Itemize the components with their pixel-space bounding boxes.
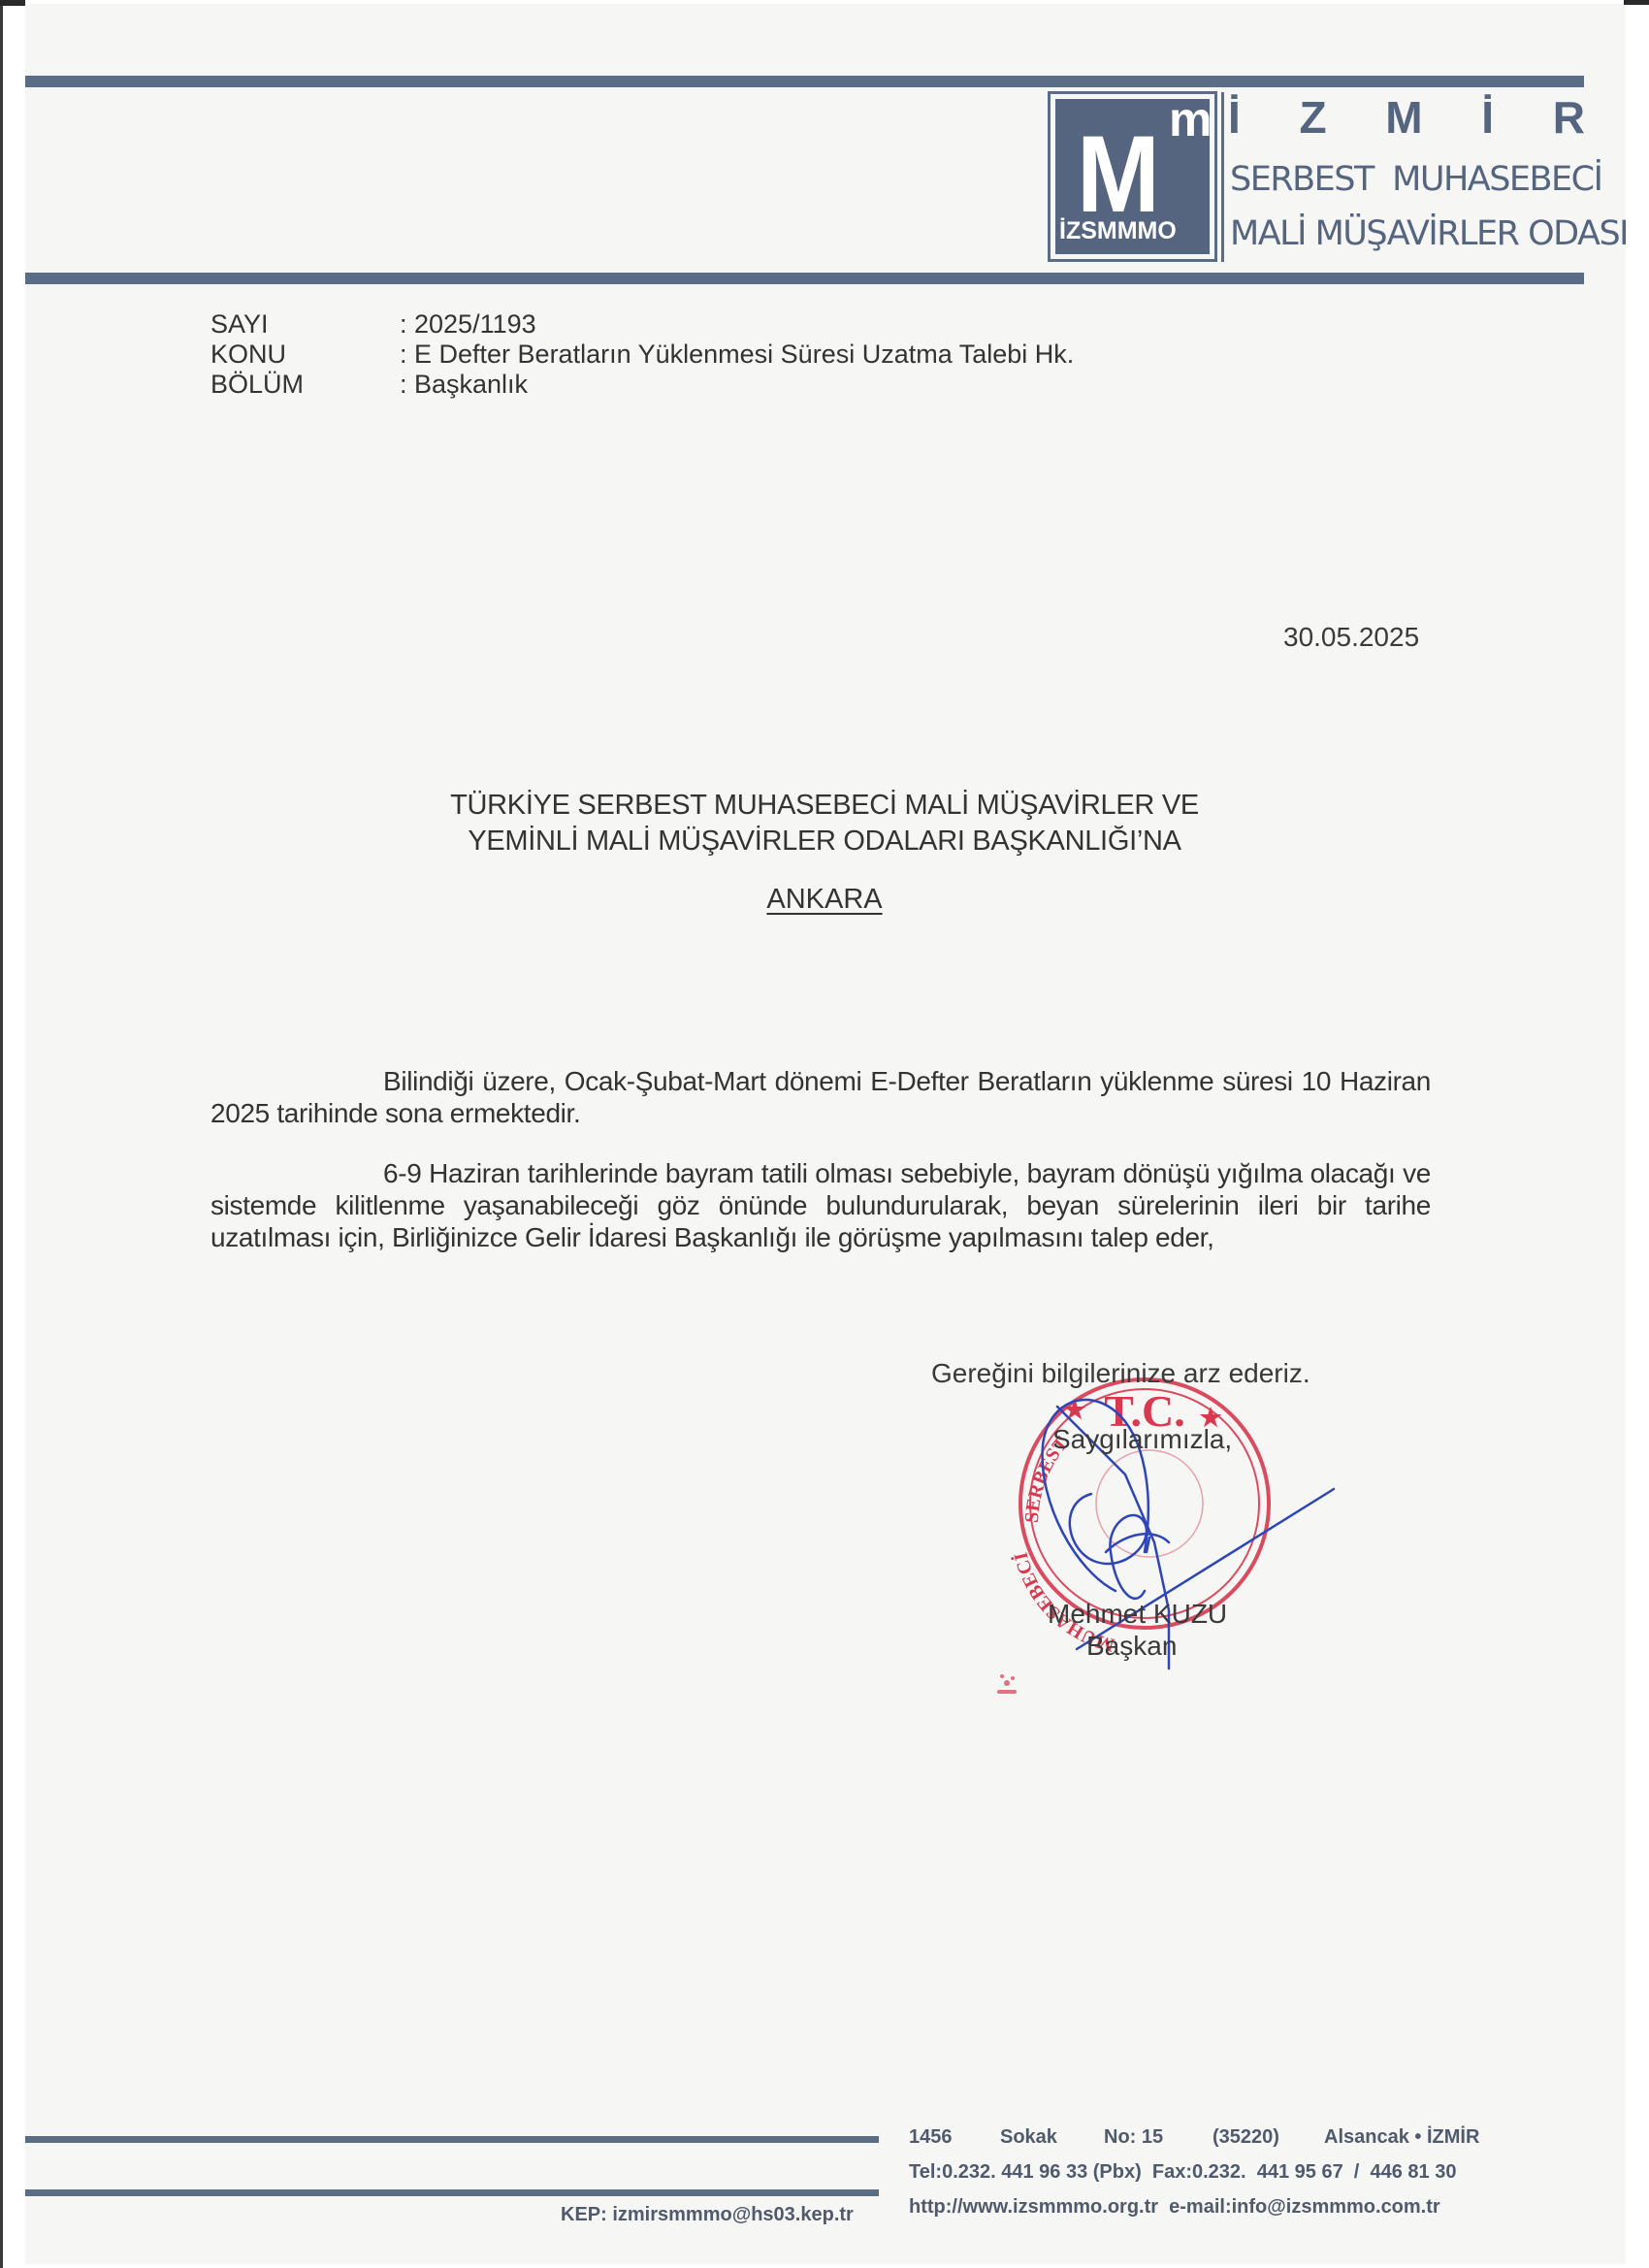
city-letter: Z	[1299, 95, 1326, 140]
closing-regards: Saygılarımızla,	[1052, 1424, 1232, 1455]
city-letter: İ	[1481, 95, 1494, 140]
footer-phone: Tel:0.232. 441 96 33 (Pbx) Fax:0.232. 44…	[909, 2161, 1479, 2196]
scan-edge	[0, 6, 3, 2268]
scan-corner	[1624, 0, 1649, 5]
meta-value: : E Defter Beratların Yüklenmesi Süresi …	[400, 340, 1074, 370]
addressee-line-1: TÜRKİYE SERBEST MUHASEBECİ MALİ MÜŞAVİRL…	[388, 788, 1261, 824]
meta-label: KONU	[210, 340, 400, 370]
addressee-line-2: YEMİNLİ MALİ MÜŞAVİRLER ODALARI BAŞKANLI…	[388, 824, 1261, 859]
address-part: 1456	[909, 2126, 1000, 2149]
logo-box: M m İZSMMMO	[1055, 99, 1210, 254]
meta-row-number: SAYI : 2025/1193	[210, 309, 1074, 340]
brand-city: İ Z M İ R	[1228, 95, 1585, 140]
body-paragraph-2: 6-9 Haziran tarihlerinde bayram tatili o…	[210, 1157, 1431, 1253]
closing-statement: Gereğini bilgilerinize arz ederiz.	[931, 1358, 1310, 1389]
meta-row-department: BÖLÜM : Başkanlık	[210, 370, 1074, 400]
org-name-line-2: MALİ MÜŞAVİRLER ODASI	[1230, 217, 1583, 251]
footer-address: 1456SokakNo: 15(35220)Alsancak • İZMİR	[909, 2126, 1479, 2161]
meta-label: SAYI	[210, 309, 400, 340]
logo-divider	[1221, 92, 1224, 262]
org-logo: M m İZSMMMO	[1048, 91, 1217, 262]
meta-row-subject: KONU : E Defter Beratların Yüklenmesi Sü…	[210, 340, 1074, 370]
city-letter: R	[1553, 95, 1585, 140]
addressee-city-text: ANKARA	[766, 884, 882, 915]
letter-meta: SAYI : 2025/1193 KONU : E Defter Beratla…	[210, 309, 1074, 400]
header-bottom-rule	[25, 273, 1584, 284]
meta-label: BÖLÜM	[210, 370, 400, 400]
signer-title: Başkan	[1086, 1631, 1177, 1662]
footer-rule-top	[25, 2136, 879, 2143]
address-part: (35220)	[1212, 2126, 1324, 2149]
footer-rule-bottom	[25, 2189, 879, 2196]
city-letter: M	[1385, 95, 1422, 140]
footer-web: http://www.izsmmmo.org.tr e-mail:info@iz…	[909, 2196, 1479, 2231]
addressee: TÜRKİYE SERBEST MUHASEBECİ MALİ MÜŞAVİRL…	[388, 788, 1261, 859]
address-part: No: 15	[1104, 2126, 1212, 2149]
stamp-smudge	[997, 1674, 1017, 1694]
footer-contact: 1456SokakNo: 15(35220)Alsancak • İZMİR T…	[909, 2126, 1479, 2231]
logo-letter-large: M	[1077, 120, 1160, 229]
header-top-rule	[25, 76, 1584, 87]
letter-date: 30.05.2025	[1283, 622, 1419, 653]
body-paragraph-1: Bilindiği üzere, Ocak-Şubat-Mart dönemi …	[210, 1065, 1431, 1129]
org-name-line-1: SERBEST MUHASEBECİ	[1230, 163, 1583, 197]
logo-letter-small: m	[1169, 95, 1212, 144]
address-part: Sokak	[1000, 2126, 1104, 2149]
scan-corner	[0, 0, 25, 6]
footer-kep-address: KEP: izmirsmmmo@hs03.kep.tr	[561, 2204, 854, 2226]
addressee-city: ANKARA	[388, 884, 1261, 916]
meta-value: : 2025/1193	[400, 309, 536, 340]
signer-name: Mehmet KUZU	[1048, 1599, 1227, 1630]
city-letter: İ	[1228, 95, 1241, 140]
address-part: Alsancak • İZMİR	[1324, 2126, 1479, 2149]
meta-value: : Başkanlık	[400, 370, 528, 400]
logo-abbreviation: İZSMMMO	[1059, 219, 1177, 243]
